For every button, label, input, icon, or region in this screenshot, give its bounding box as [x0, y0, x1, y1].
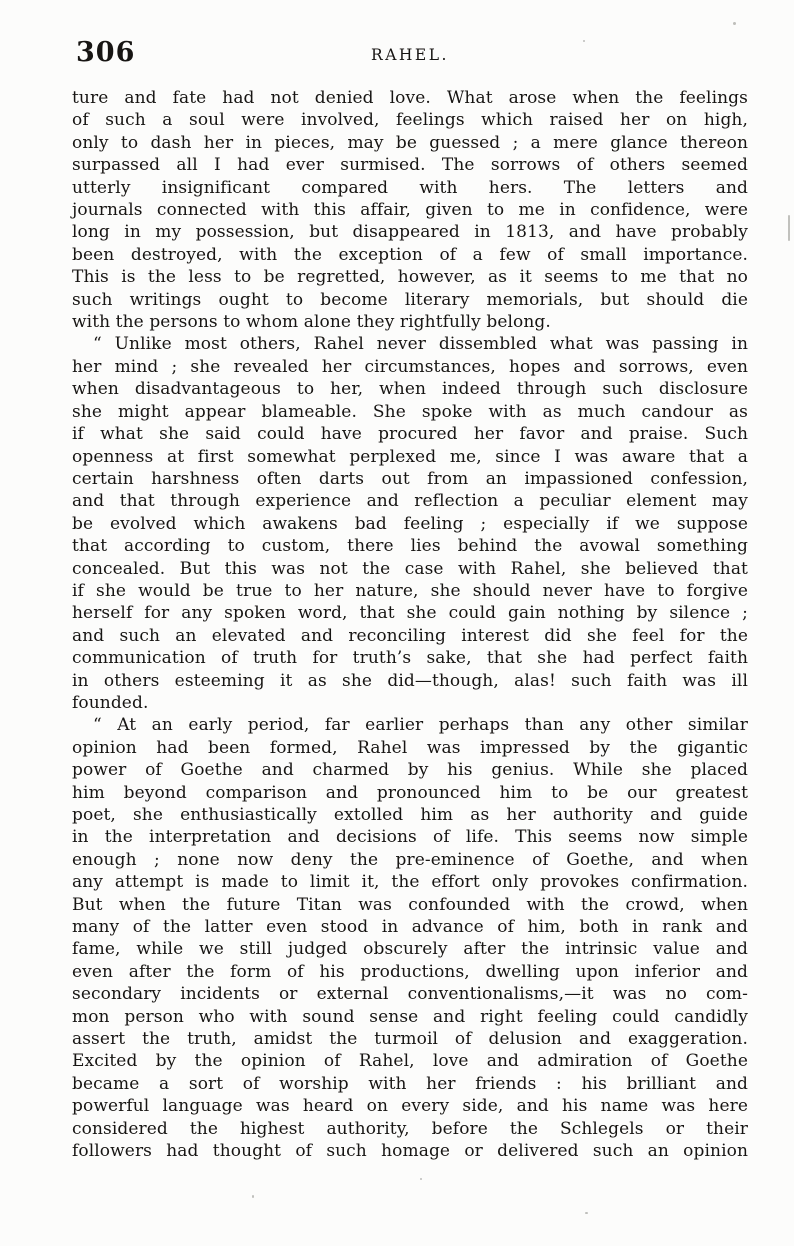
text-line: poet, she enthusiastically extolled him … [72, 804, 748, 826]
page-body: ture and fate had not denied love. What … [72, 87, 748, 1163]
text-line: any attempt is made to limit it, the eff… [72, 871, 748, 893]
text-line: him beyond comparison and pronounced him… [72, 782, 748, 804]
text-line: considered the highest authority, before… [72, 1118, 748, 1140]
text-line: concealed. But this was not the case wit… [72, 558, 748, 580]
text-line: certain harshness often darts out from a… [72, 468, 748, 490]
book-page-scan: 306 RAHEL. ture and fate had not denied … [0, 0, 794, 1246]
text-line: be evolved which awakens bad feeling ; e… [72, 513, 748, 535]
text-line: assert the truth, amidst the turmoil of … [72, 1028, 748, 1050]
scan-speck [583, 40, 585, 42]
text-line: when disadvantageous to her, when indeed… [72, 378, 748, 400]
paragraph: “ At an early period, far earlier perhap… [72, 714, 748, 1162]
text-line: journals connected with this affair, giv… [72, 199, 748, 221]
text-line: surpassed all I had ever surmised. The s… [72, 154, 748, 176]
text-line: mon person who with sound sense and righ… [72, 1006, 748, 1028]
text-line: became a sort of worship with her friend… [72, 1073, 748, 1095]
text-line: powerful language was heard on every sid… [72, 1095, 748, 1117]
paragraph: ture and fate had not denied love. What … [72, 87, 748, 333]
text-line: opinion had been formed, Rahel was impre… [72, 737, 748, 759]
text-line: “ Unlike most others, Rahel never dissem… [72, 333, 748, 355]
text-line: many of the latter even stood in advance… [72, 916, 748, 938]
text-line: followers had thought of such homage or … [72, 1140, 748, 1162]
text-line: secondary incidents or external conventi… [72, 983, 748, 1005]
text-line: such writings ought to become literary m… [72, 289, 748, 311]
text-line: Excited by the opinion of Rahel, love an… [72, 1050, 748, 1072]
text-line: only to dash her in pieces, may be guess… [72, 132, 748, 154]
text-line: herself for any spoken word, that she co… [72, 602, 748, 624]
text-line: with the persons to whom alone they righ… [72, 311, 748, 333]
text-line: communication of truth for truth’s sake,… [72, 647, 748, 669]
text-line: even after the form of his productions, … [72, 961, 748, 983]
page-header: 306 RAHEL. [72, 38, 748, 72]
scan-edge-mark [788, 215, 790, 241]
text-line: of such a soul were involved, feelings w… [72, 109, 748, 131]
text-line: in the interpretation and decisions of l… [72, 826, 748, 848]
scan-speck [252, 1195, 254, 1198]
text-line: power of Goethe and charmed by his geniu… [72, 759, 748, 781]
text-line: been destroyed, with the exception of a … [72, 244, 748, 266]
text-line: fame, while we still judged obscurely af… [72, 938, 748, 960]
text-line: and such an elevated and reconciling int… [72, 625, 748, 647]
text-line: long in my possession, but disappeared i… [72, 221, 748, 243]
text-line: founded. [72, 692, 748, 714]
scan-speck [585, 1212, 588, 1214]
text-line: that according to custom, there lies beh… [72, 535, 748, 557]
text-line: she might appear blameable. She spoke wi… [72, 401, 748, 423]
text-line: if what she said could have procured her… [72, 423, 748, 445]
text-line: ture and fate had not denied love. What … [72, 87, 748, 109]
text-line: and that through experience and reflecti… [72, 490, 748, 512]
paragraph: “ Unlike most others, Rahel never dissem… [72, 333, 748, 714]
text-line: her mind ; she revealed her circumstance… [72, 356, 748, 378]
text-line: This is the less to be regretted, howeve… [72, 266, 748, 288]
scan-speck [420, 1178, 422, 1180]
text-line: openness at first somewhat perplexed me,… [72, 446, 748, 468]
running-title: RAHEL. [72, 46, 748, 64]
text-line: if she would be true to her nature, she … [72, 580, 748, 602]
scan-speck [733, 22, 736, 25]
text-line: But when the future Titan was confounded… [72, 894, 748, 916]
text-line: utterly insignificant compared with hers… [72, 177, 748, 199]
text-line: enough ; none now deny the pre-eminence … [72, 849, 748, 871]
text-line: “ At an early period, far earlier perhap… [72, 714, 748, 736]
text-line: in others esteeming it as she did—though… [72, 670, 748, 692]
